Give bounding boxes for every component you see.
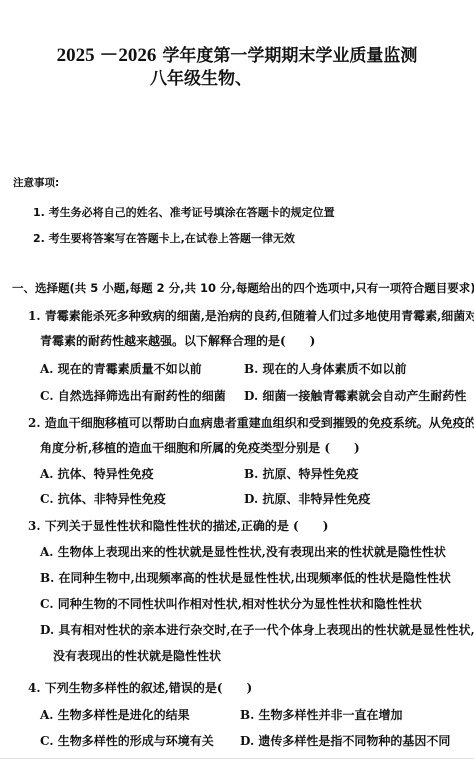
question-4-stem: 4. 下列生物多样性的叙述,错误的是( ) [28, 679, 252, 696]
exam-title-line2: 八年级生物、 [150, 64, 252, 89]
question-4-option-b: B. 生物多样性并非一直在增加 [240, 706, 403, 723]
question-3-option-d: D. 具有相对性状的亲本进行杂交时,在子一代个体身上表现出的性状就是显性性状, [40, 621, 474, 638]
exam-title-line1: 2025 －2026 学年度第一学期期末学业质量监测 [0, 40, 474, 67]
page-divider [0, 758, 474, 759]
question-3-stem: 3. 下列关于显性性状和隐性性状的描述,正确的是 ( ) [28, 517, 328, 534]
notes-heading: 注意事项: [13, 175, 59, 190]
question-2-option-a: A. 抗体、特异性免疫 [40, 465, 154, 482]
question-1-option-d: D. 细菌一接触青霉素就会自动产生耐药性 [244, 387, 466, 404]
question-2-option-c: C. 抗体、非特异性免疫 [40, 490, 166, 507]
section-title: 一、选择题(共 5 小题,每题 2 分,共 10 分,每题给出的四个选项中,只有… [12, 280, 474, 296]
question-2-stem-line2: 角度分析,移植的造血干细胞和所属的免疫类型分别是 ( ) [40, 439, 360, 456]
question-1-option-b: B. 现在的人身体素质不如以前 [244, 360, 407, 377]
note-item: 2. 考生要将答案写在答题卡上,在试卷上答题一律无效 [33, 230, 295, 246]
question-1-stem-line2: 青霉素的耐药性越来越强。以下解释合理的是( ) [40, 332, 315, 349]
question-4-option-a: A. 生物多样性是进化的结果 [40, 706, 190, 723]
question-3-option-c: C. 同种生物的不同性状叫作相对性状,相对性状分为显性性状和隐性性状 [40, 595, 422, 612]
question-3-option-b: B. 在同种生物中,出现频率高的性状是显性性状,出现频率低的性状是隐性性状 [40, 569, 451, 586]
title-year: 2025 －2026 [57, 45, 157, 66]
title-text: 学年度第一学期期末学业质量监测 [156, 46, 417, 66]
question-2-option-b: B. 抗原、特异性免疫 [244, 465, 359, 482]
question-2-option-d: D. 抗原、非特异性免疫 [244, 490, 370, 507]
note-item: 1. 考生务必将自己的姓名、准考证号填涂在答题卡的规定位置 [33, 204, 335, 220]
question-1-option-c: C. 自然选择筛选出有耐药性的细菌 [40, 387, 226, 404]
exam-page: 2025 －2026 学年度第一学期期末学业质量监测 八年级生物、 注意事项: … [0, 0, 474, 770]
question-4-option-d: D. 遗传多样性是指不同物种的基因不同 [240, 732, 450, 749]
question-2-stem-line1: 2. 造血干细胞移植可以帮助白血病患者重建血组织和受到摧毁的免疫系统。从免疫的 [28, 414, 474, 431]
question-3-option-d-cont: 没有表现出的性状就是隐性性状 [53, 647, 221, 664]
question-1-stem-line1: 1. 青霉素能杀死多种致病的细菌,是治病的良药,但随着人们过多地使用青霉素,细菌… [28, 307, 474, 324]
question-3-option-a: A. 生物体上表现出来的性状就是显性性状,没有表现出来的性状就是隐性性状 [40, 543, 446, 560]
question-1-option-a: A. 现在的青霉素质量不如以前 [40, 360, 202, 377]
question-4-option-c: C. 生物多样性的形成与环境有关 [40, 732, 214, 749]
